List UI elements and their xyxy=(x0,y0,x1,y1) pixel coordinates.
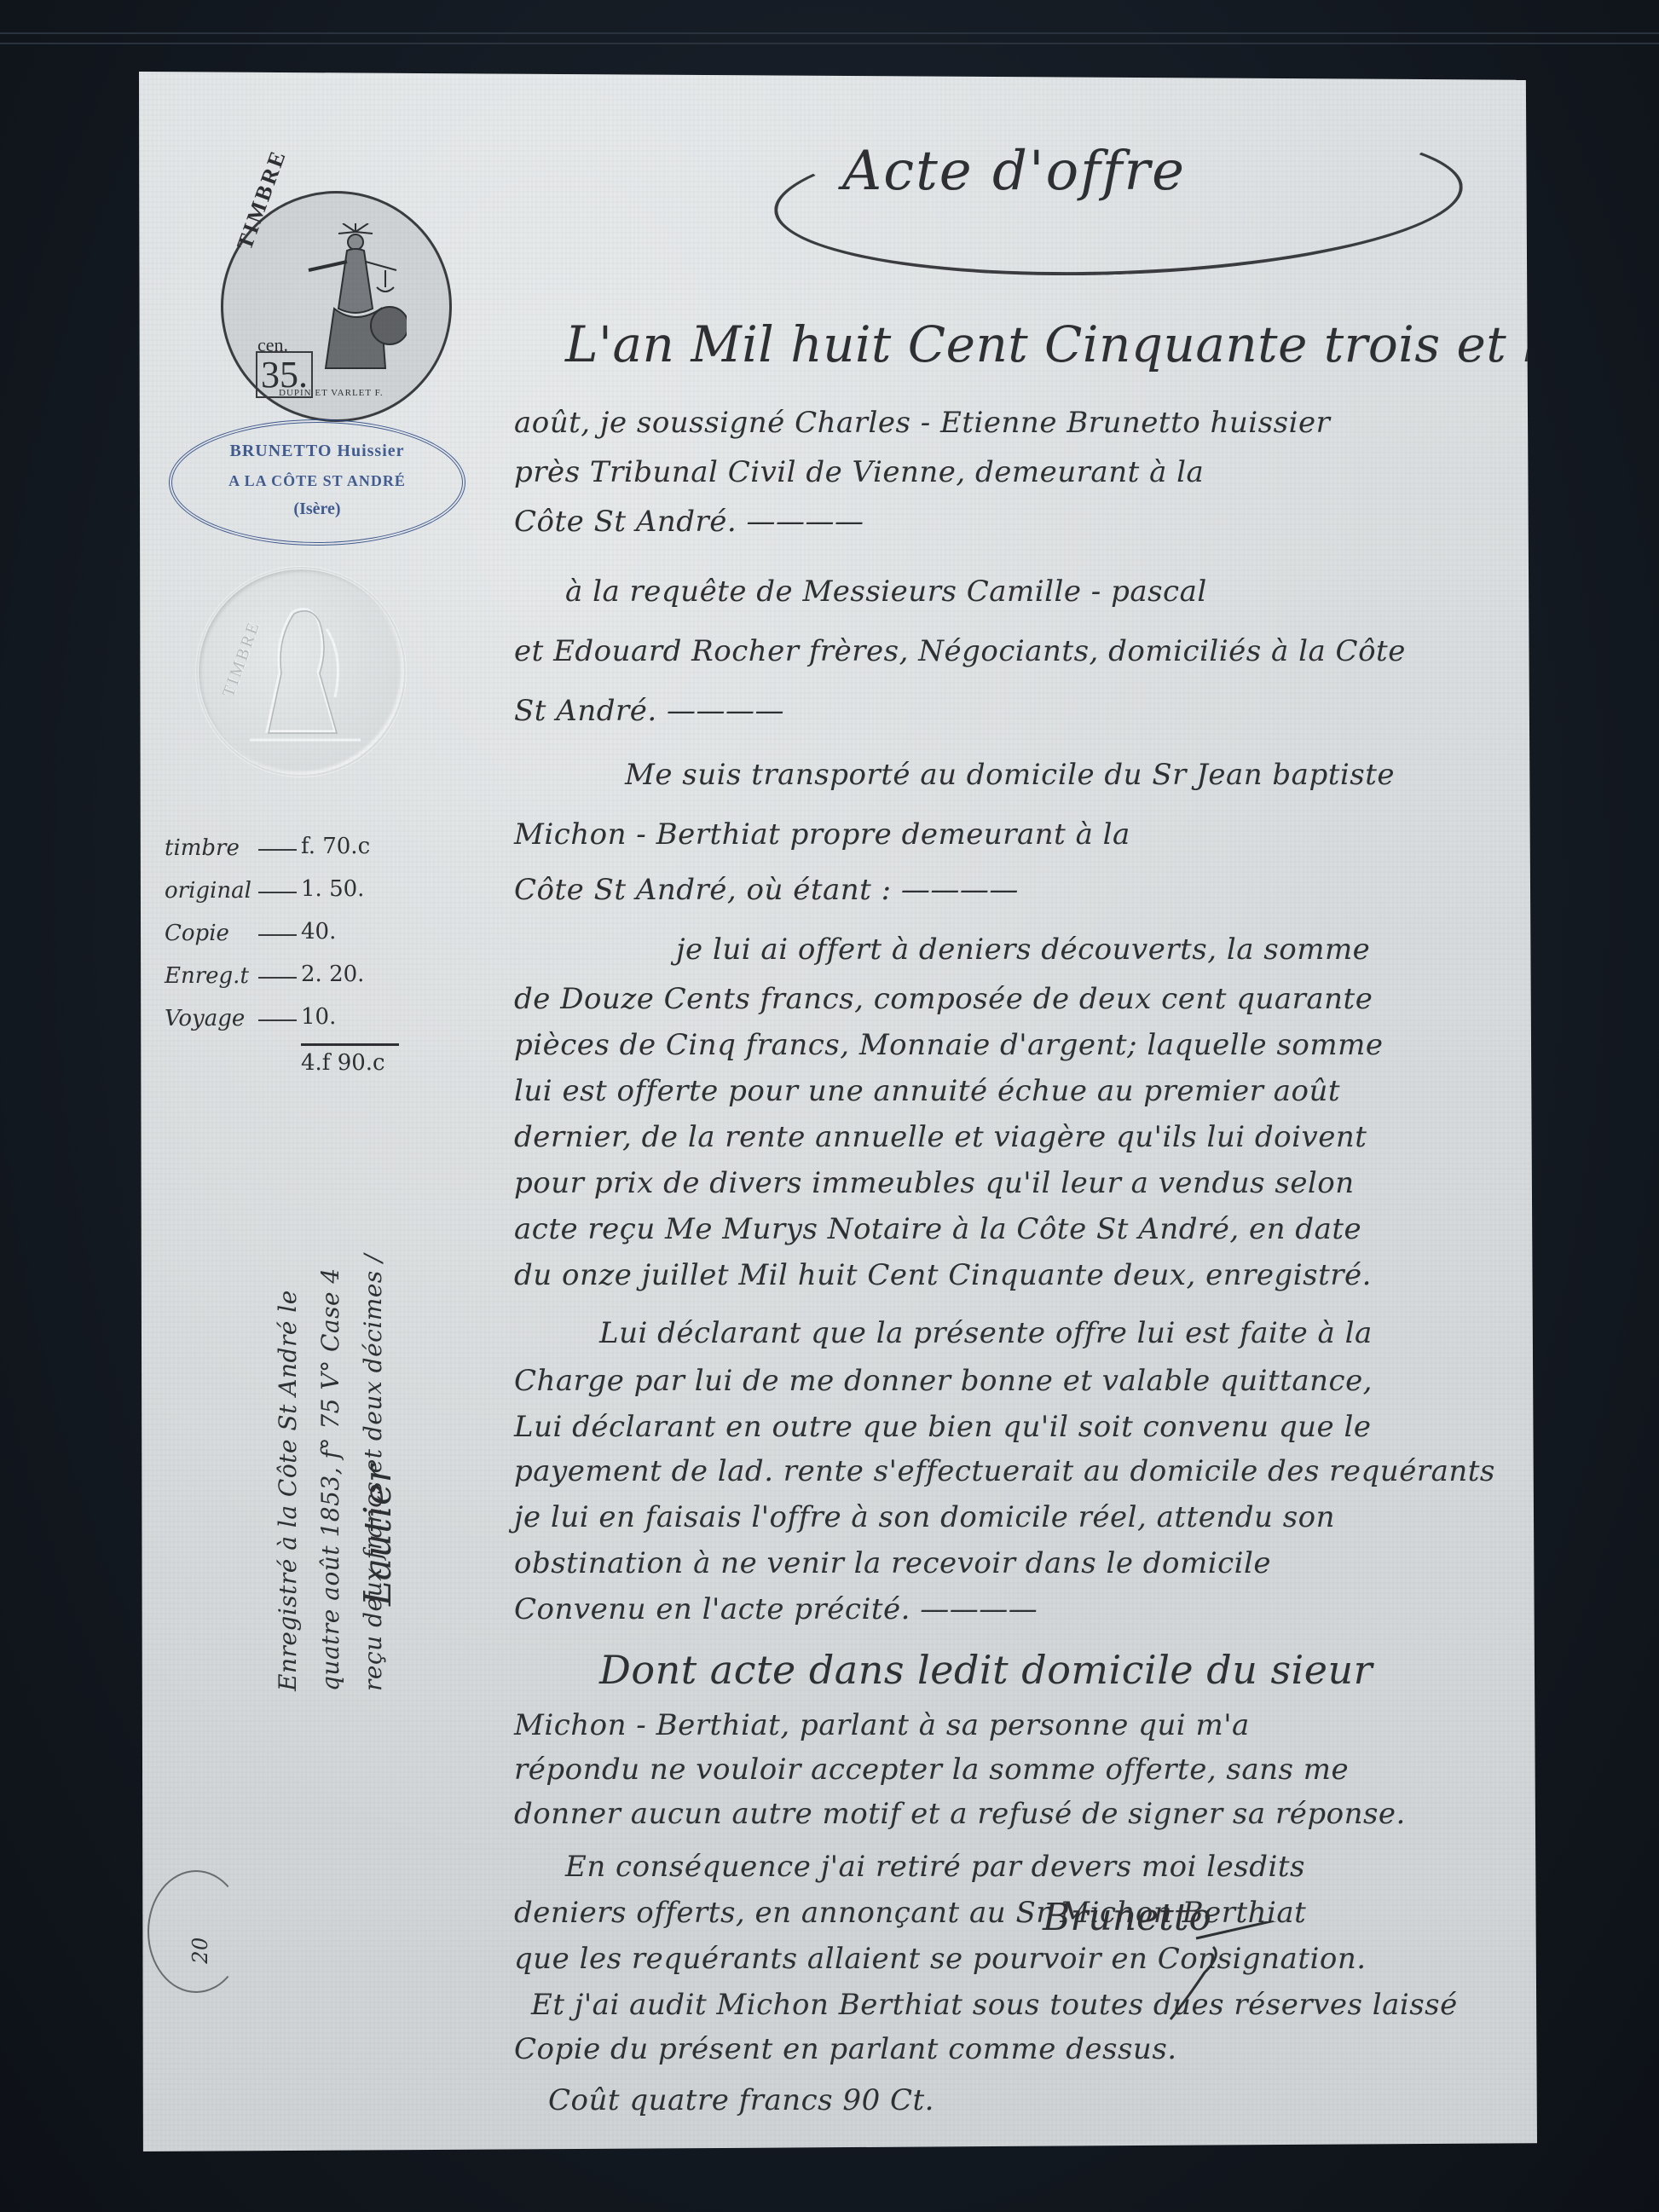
fee-amount: 2. 20. xyxy=(301,962,364,987)
body-line: Et j'ai audit Michon Berthiat sous toute… xyxy=(531,1988,1458,2022)
fee-leader-dash xyxy=(258,977,297,979)
engraved-revenue-stamp: TIMBRE cen. 35. DUPIN ET VARLET F. xyxy=(221,191,452,422)
fee-row: original 1. 50. xyxy=(165,873,420,915)
bailiff-stamp-town: A LA CÔTE ST ANDRÉ xyxy=(172,472,462,490)
fee-amount: 40. xyxy=(301,919,336,944)
body-line: Convenu en l'acte précité. ———— xyxy=(514,1592,1038,1626)
fee-leader-dash xyxy=(258,934,297,936)
fee-label: timbre xyxy=(165,835,240,861)
bailiff-stamp-name: BRUNETTO Huissier xyxy=(172,442,462,461)
body-line: En conséquence j'ai retiré par devers mo… xyxy=(565,1850,1305,1884)
body-line: août, je soussigné Charles - Etienne Bru… xyxy=(514,406,1330,440)
body-line: St André. ———— xyxy=(514,694,784,728)
body-line: Charge par lui de me donner bonne et val… xyxy=(514,1364,1373,1398)
fee-amount: f. 70.c xyxy=(301,834,370,859)
body-line: acte reçu Me Murys Notaire à la Côte St … xyxy=(514,1212,1361,1246)
body-line: près Tribunal Civil de Vienne, demeurant… xyxy=(514,455,1204,489)
body-line: dernier, de la rente annuelle et viagère… xyxy=(514,1120,1367,1154)
seated-justice-figure-icon xyxy=(304,223,407,385)
dont-acte-line: Dont acte dans ledit domicile du sieur xyxy=(599,1647,1373,1693)
body-line: Michon - Berthiat propre demeurant à la xyxy=(514,817,1130,852)
body-line: pièces de Cinq francs, Monnaie d'argent;… xyxy=(514,1028,1383,1062)
registration-line: Enregistré à la Côte St André le xyxy=(267,992,309,1691)
fee-label: Enreg.t xyxy=(165,963,249,989)
body-line: obstination à ne venir la recevoir dans … xyxy=(514,1546,1271,1580)
frame-molding-line xyxy=(0,32,1659,34)
embossed-seated-figure-icon xyxy=(199,569,403,774)
body-line: Copie du présent en parlant comme dessus… xyxy=(514,2032,1177,2066)
body-line: je lui ai offert à deniers découverts, l… xyxy=(676,933,1370,967)
fee-amount: 1. 50. xyxy=(301,876,364,902)
body-line: Coût quatre francs 90 Ct. xyxy=(548,2083,934,2117)
body-line: Me suis transporté au domicile du Sr Jea… xyxy=(625,758,1395,792)
fee-leader-dash xyxy=(258,849,297,851)
body-line: pour prix de divers immeubles qu'il leur… xyxy=(514,1166,1355,1200)
fee-row: Copie 40. xyxy=(165,915,420,958)
body-line: à la requête de Messieurs Camille - pasc… xyxy=(565,575,1207,609)
document-page: Acte d'offre TIMBRE cen. 35. DUPIN ET VA… xyxy=(139,72,1537,2151)
stamp-engraver-motto: DUPIN ET VARLET F. xyxy=(279,388,384,398)
body-line: répondu ne vouloir accepter la somme off… xyxy=(514,1753,1349,1787)
registration-line: quatre août 1853, f° 75 V° Case 4 xyxy=(309,992,352,1691)
registration-number: 20 xyxy=(188,1937,212,1964)
registrar-signature: Lautier xyxy=(356,1464,400,1606)
bailiff-ink-stamp: BRUNETTO Huissier A LA CÔTE ST ANDRÉ (Is… xyxy=(169,419,465,546)
body-line: payement de lad. rente s'effectuerait au… xyxy=(514,1454,1495,1488)
body-line: Côte St André. ———— xyxy=(514,505,864,539)
embossed-dry-stamp: TIMBRE xyxy=(195,566,407,777)
bailiff-stamp-department: (Isère) xyxy=(172,500,462,519)
body-line: Dont acte dans ledit domicile du sieur xyxy=(599,1653,1373,1691)
body-line: Côte St André, où étant : ———— xyxy=(514,873,1019,907)
drop-cap-line: L'an Mil huit Cent Cinquante trois et le… xyxy=(565,315,1659,373)
body-line: donner aucun autre motif et a refusé de … xyxy=(514,1797,1406,1831)
body-line: et Edouard Rocher frères, Négociants, do… xyxy=(514,634,1406,668)
fee-label: original xyxy=(165,878,251,904)
fee-row: timbre f. 70.c xyxy=(165,830,420,873)
title-cartouche: Acte d'offre xyxy=(766,114,1499,293)
stamp-arc-text: TIMBRE xyxy=(232,146,292,253)
fee-label: Voyage xyxy=(165,1006,245,1031)
body-line: Lui déclarant en outre que bien qu'il so… xyxy=(514,1410,1371,1444)
body-line: L'an Mil huit Cent Cinquante trois et le… xyxy=(565,327,1659,369)
body-line: de Douze Cents francs, composée de deux … xyxy=(514,982,1373,1016)
body-line: je lui en faisais l'offre à son domicile… xyxy=(514,1500,1335,1534)
signature-flourish-icon xyxy=(1162,1921,1298,2024)
fee-leader-dash xyxy=(258,892,297,893)
registration-flourish xyxy=(147,1870,245,1993)
body-line: du onze juillet Mil huit Cent Cinquante … xyxy=(514,1258,1372,1292)
document-title: Acte d'offre xyxy=(842,140,1186,203)
frame-molding-line xyxy=(0,43,1659,44)
fee-label: Copie xyxy=(165,921,229,946)
body-line: Michon - Berthiat, parlant à sa personne… xyxy=(514,1708,1250,1742)
body-line: Lui déclarant que la présente offre lui … xyxy=(599,1316,1373,1350)
body-line: lui est offerte pour une annuité échue a… xyxy=(514,1074,1340,1108)
